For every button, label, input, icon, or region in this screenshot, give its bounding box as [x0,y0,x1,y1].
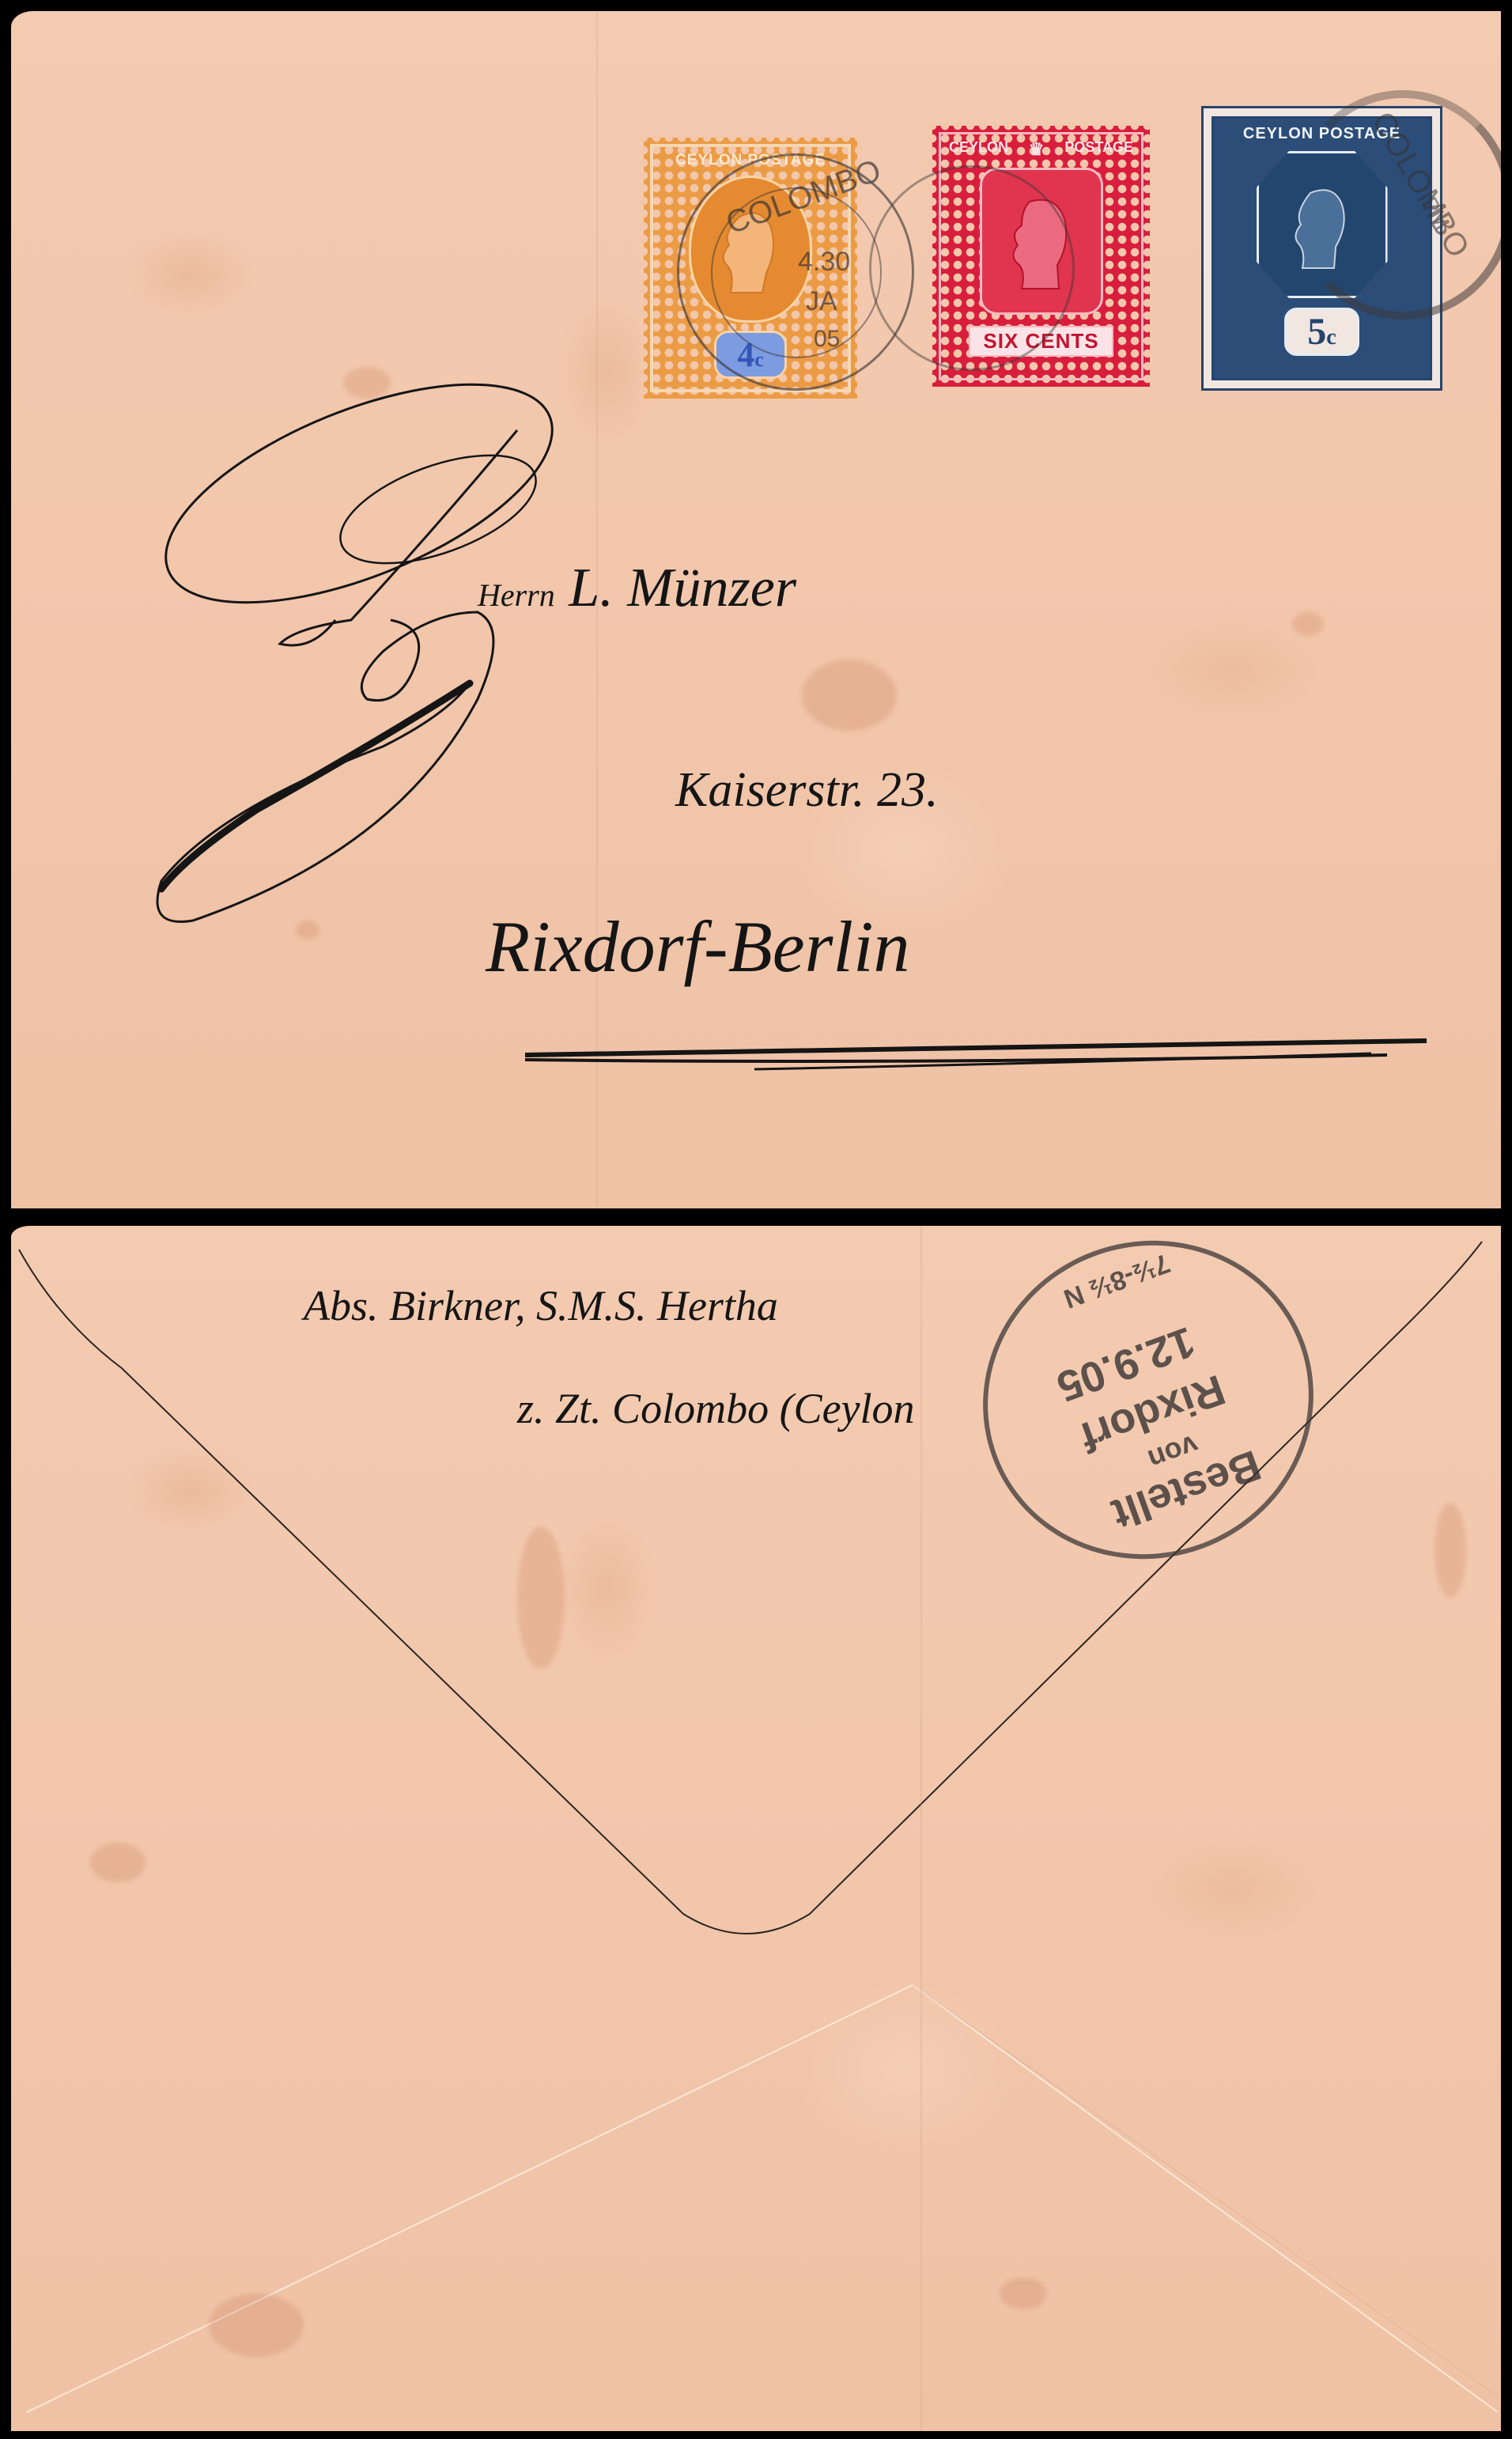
postmark-month: JA [806,286,837,317]
sender-line-1: Abs. Birkner, S.M.S. Hertha [304,1281,778,1330]
postmark-year: 05 [814,326,840,353]
stamp-header: CEYLON ♛ POSTAGE [941,134,1141,164]
address-city: Rixdorf-Berlin [486,905,910,989]
postmark-town: COLOMBO [1364,106,1476,264]
foxing-stain [209,2293,304,2357]
foxing-stain [1435,1503,1466,1598]
foxing-stain [517,1526,565,1669]
stamp-unit: c [1326,325,1336,350]
foxing-stain [802,660,897,731]
foxing-stain [90,1843,146,1882]
calligraphic-h-flourish [98,367,699,936]
envelope-back: Abs. Birkner, S.M.S. Hertha z. Zt. Colom… [11,1226,1501,2431]
fold-crease [920,1226,922,2431]
colombo-postmark-3: COLOMBO PM [1292,90,1501,320]
address-salutation: Herrn [478,577,555,613]
colombo-postmark-2 [869,165,1075,371]
address-recipient: Herrn L. Münzer [478,557,796,620]
stamp-country-right: POSTAGE [1064,139,1133,160]
crown-icon: ♛ [1029,139,1045,160]
foxing-stain [1292,612,1324,636]
stamp-value-tablet: 5 c [1284,308,1359,356]
foxing-stain [1000,2278,1047,2309]
stamp-value: 5 [1307,310,1326,354]
postmark-time: 4.30 [798,247,850,278]
envelope-front: CEYLON POSTAGE 4 c CEYLON ♛ POSTAGE SIX … [11,11,1501,1208]
address-name: L. Münzer [569,558,796,618]
address-underline [517,1023,1435,1079]
sender-line-2: z. Zt. Colombo (Ceylon [517,1384,915,1433]
stamp-country-left: CEYLON [949,139,1008,160]
address-street: Kaiserstr. 23. [675,762,938,819]
